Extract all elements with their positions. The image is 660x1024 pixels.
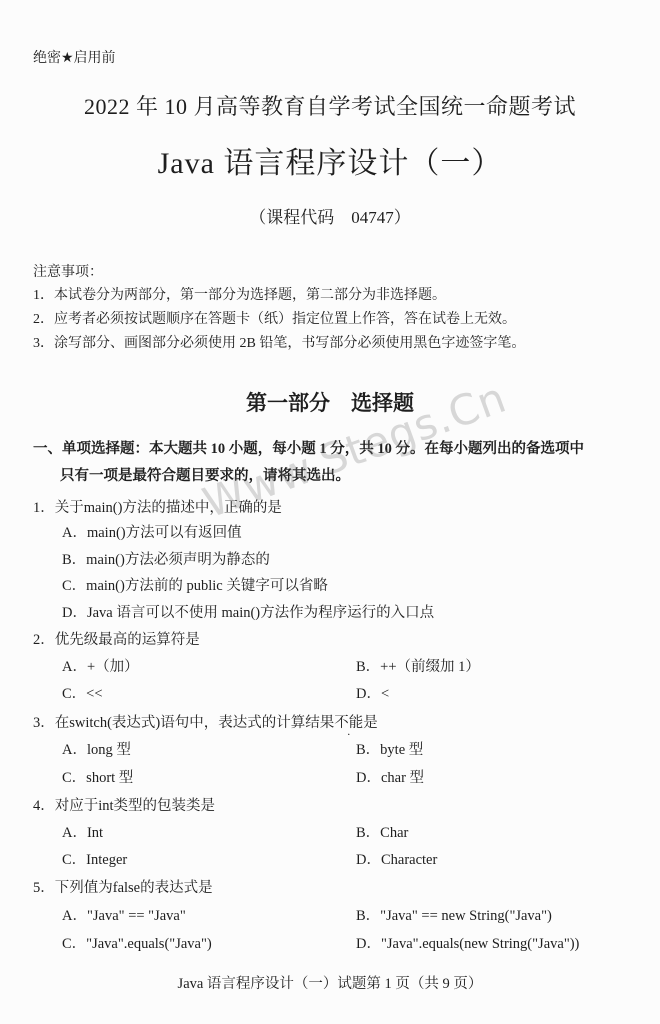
- question-2-option-c: C．<<: [62, 682, 103, 703]
- question-1-option-d: D．Java 语言可以不使用 main()方法作为程序运行的入口点: [62, 601, 434, 622]
- note-item: 3．涂写部分、画图部分必须使用 2B 铅笔，书写部分必须使用黑色字迹签字笔。: [33, 332, 525, 352]
- question-3-stem-prefix: 3．在switch(表达式)语句中，表达式的计算结果: [33, 715, 334, 731]
- page-footer: Java 语言程序设计（一）试题第 1 页（共 9 页）: [0, 972, 660, 993]
- question-1-option-c: C．main()方法前的 public 关键字可以省略: [62, 574, 328, 595]
- exam-title: 2022 年 10 月高等教育自学考试全国统一命题考试: [0, 90, 660, 121]
- question-4-option-d: D．Character: [356, 848, 437, 869]
- question-4-option-a: A．Int: [62, 821, 103, 842]
- question-3-stem: 3．在switch(表达式)语句中，表达式的计算结果不能是: [33, 711, 378, 732]
- question-5-option-c: C．"Java".equals("Java"): [62, 932, 212, 953]
- question-2-stem: 2．优先级最高的运算符是: [33, 628, 200, 649]
- question-3-option-d: D．char 型: [356, 766, 424, 787]
- question-1-option-b: B．main()方法必须声明为静态的: [62, 548, 270, 569]
- question-3-option-b: B．byte 型: [356, 738, 423, 759]
- part-title: 第一部分 选择题: [0, 387, 660, 417]
- note-item: 1．本试卷分为两部分，第一部分为选择题，第二部分为非选择题。: [33, 284, 446, 304]
- question-4-stem: 4．对应于int类型的包装类是: [33, 794, 215, 815]
- question-5-option-a: A．"Java" == "Java": [62, 904, 186, 925]
- question-2-option-a: A．+（加）: [62, 655, 139, 676]
- question-3-stem-suffix: 是: [363, 715, 378, 731]
- question-2-option-d: D．<: [356, 682, 389, 703]
- question-4-option-c: C．Integer: [62, 848, 127, 869]
- question-5-stem: 5．下列值为false的表达式是: [33, 876, 213, 897]
- question-3-option-a: A．long 型: [62, 738, 131, 759]
- course-code: （课程代码 04747）: [0, 203, 660, 228]
- confidential-label: 绝密★启用前: [33, 47, 116, 67]
- note-item: 2．应考者必须按试题顺序在答题卡（纸）指定位置上作答，答在试卷上无效。: [33, 308, 516, 328]
- question-4-option-b: B．Char: [356, 821, 408, 842]
- question-5-option-b: B．"Java" == new String("Java"): [356, 904, 552, 925]
- question-3-emphasis: 不能: [334, 715, 363, 731]
- subject-title: Java 语言程序设计（一）: [0, 138, 660, 182]
- notes-title: 注意事项：: [33, 261, 103, 281]
- question-2-option-b: B．++（前缀加 1）: [356, 655, 480, 676]
- question-3-option-c: C．short 型: [62, 766, 133, 787]
- question-5-option-d: D．"Java".equals(new String("Java")): [356, 932, 579, 953]
